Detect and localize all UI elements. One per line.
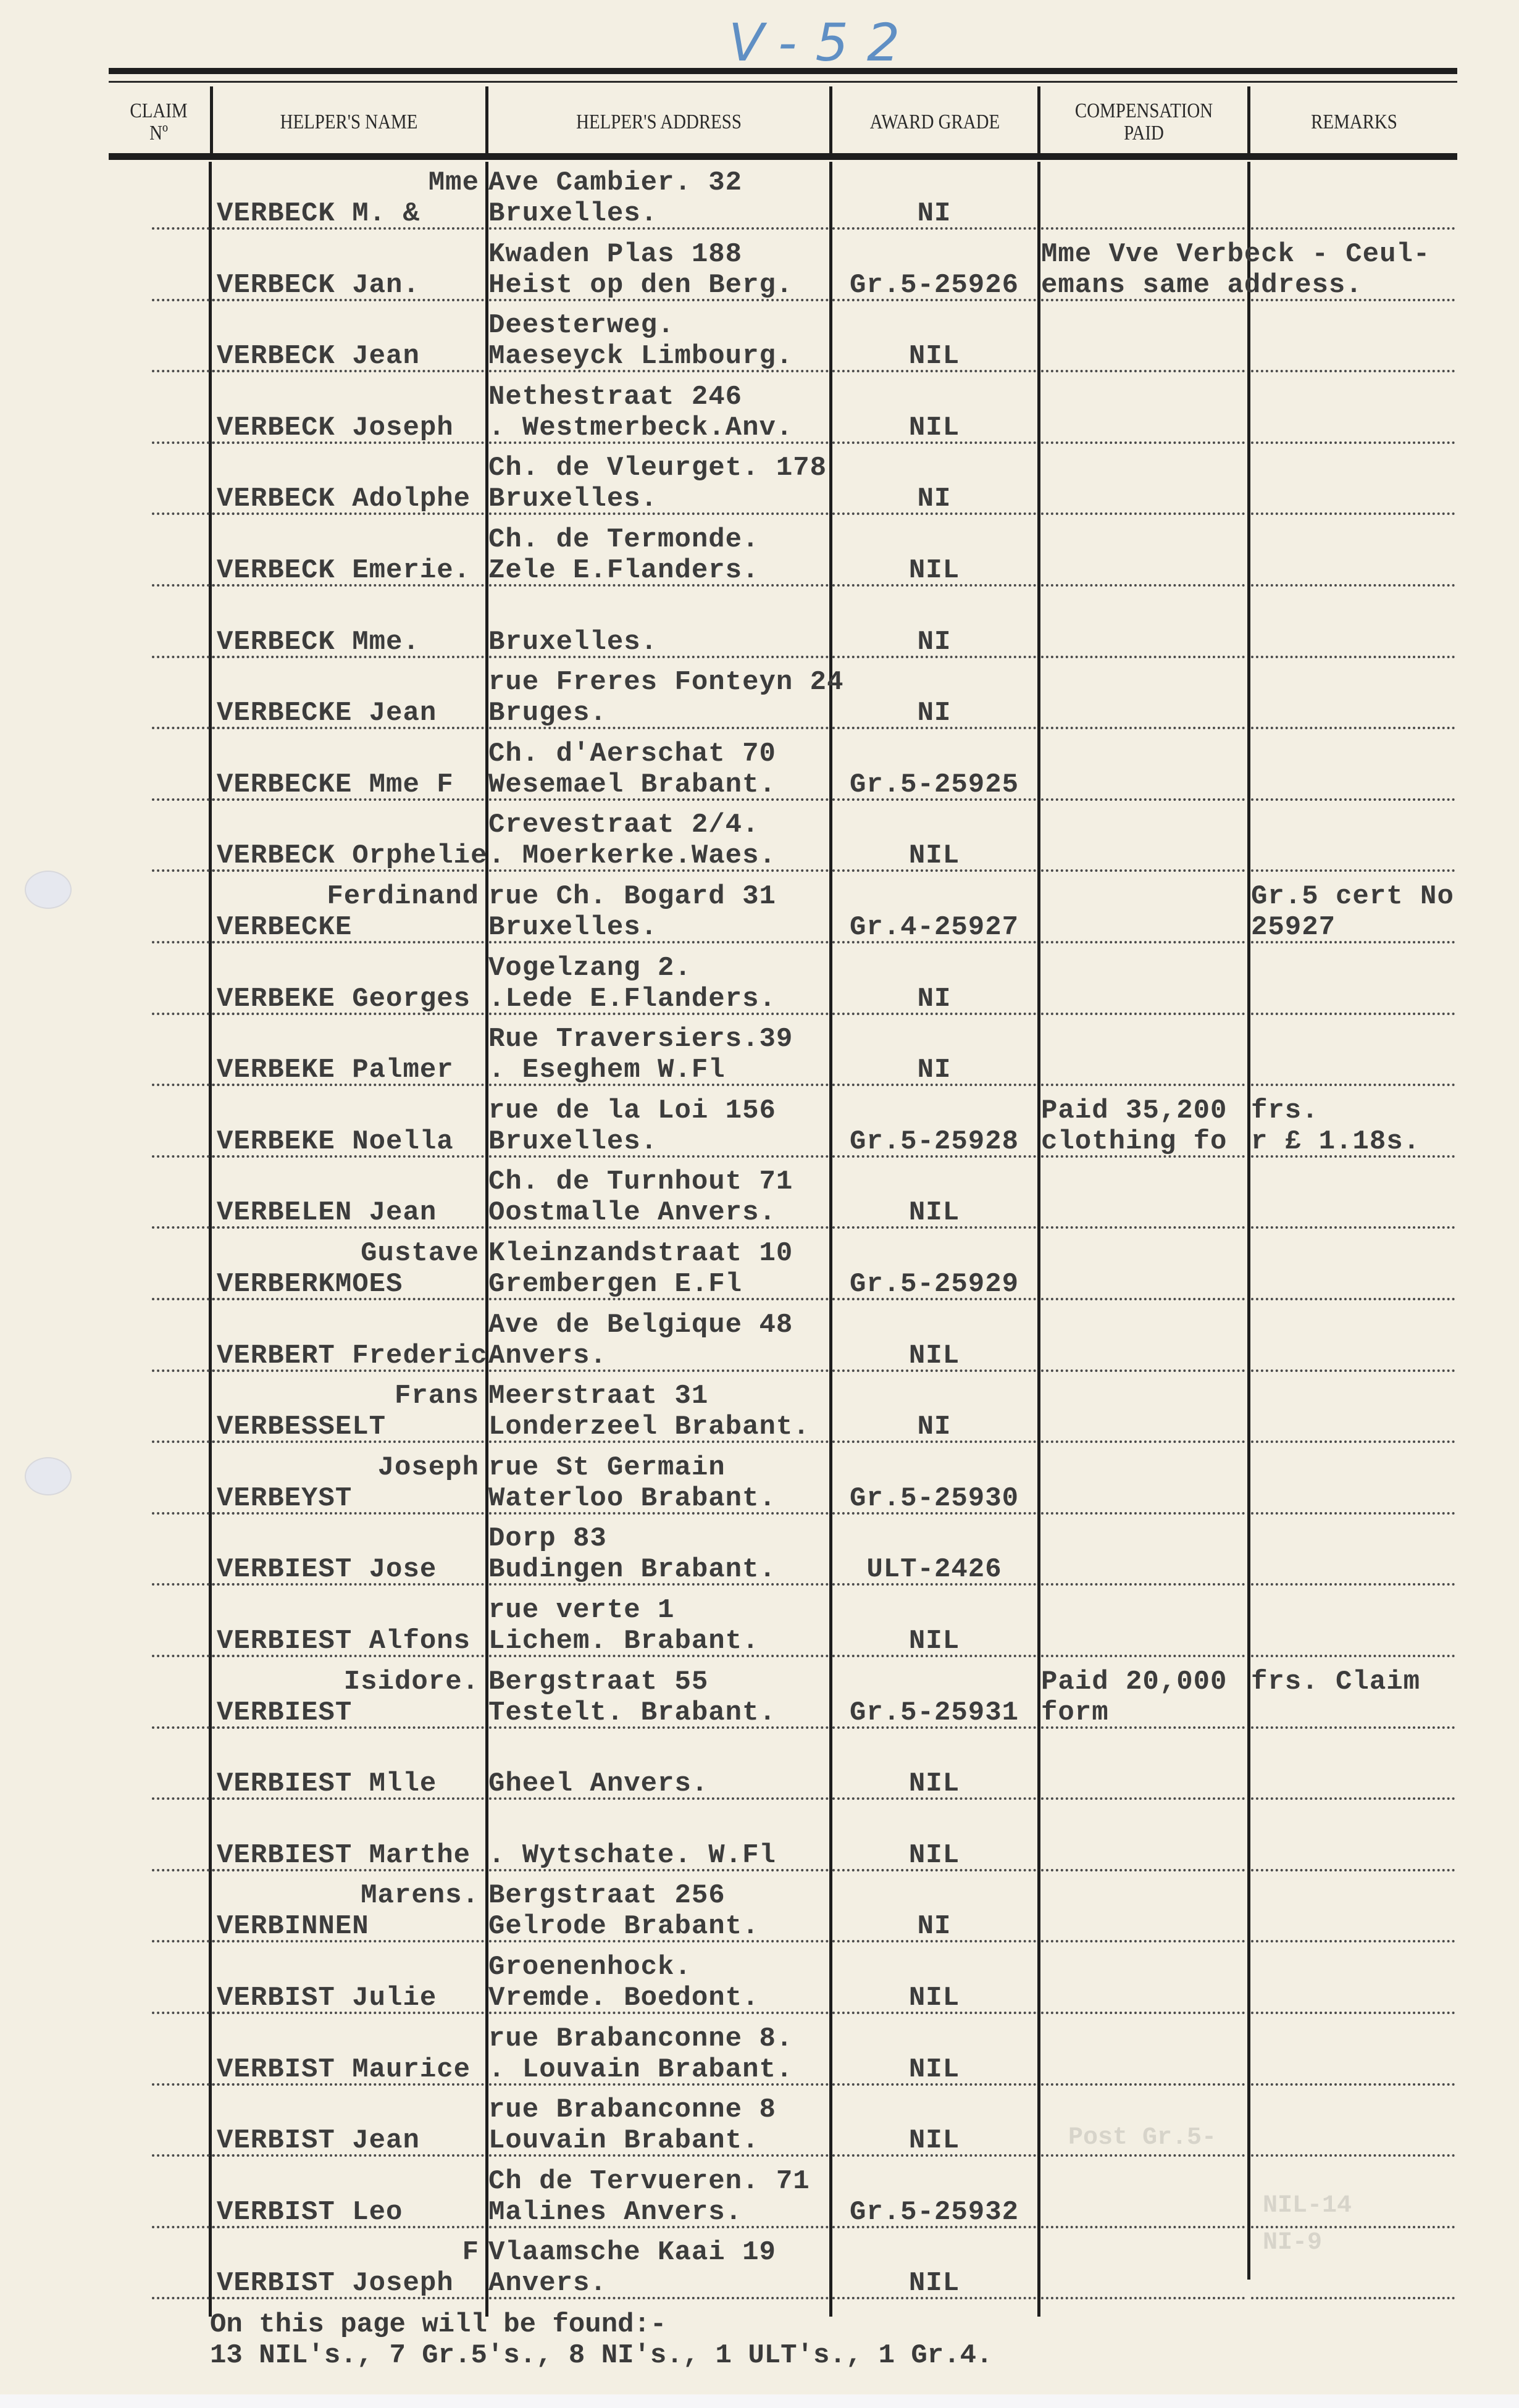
header-claim-no: CLAIM Nº xyxy=(116,86,201,157)
helper-name: VERBECK Emerie. xyxy=(217,556,471,585)
award-grade: NI xyxy=(832,1412,1036,1442)
table-row: FVERBIST JosephVlaamsche Kaai 19Anvers.N… xyxy=(109,2231,1457,2303)
helper-address-line1: Ch. de Turnhout 71 xyxy=(488,1167,793,1197)
compensation-line1: Mme Vve Verbeck - Ceul- xyxy=(1041,240,1430,269)
row-rule xyxy=(1251,1940,1455,1942)
helper-address-line1: Ch. de Vleurget. 178 xyxy=(488,453,827,483)
helper-address-line2: Vremde. Boedont. xyxy=(488,1983,759,2013)
helper-address-line1: rue Brabanconne 8. xyxy=(488,2024,793,2054)
row-rule xyxy=(1251,1013,1455,1015)
helper-address-line1: Deesterweg. xyxy=(488,311,674,340)
award-grade: Gr.5-25926 xyxy=(832,270,1036,300)
helper-name: VERBERT Frederic xyxy=(217,1341,487,1371)
award-grade: NI xyxy=(832,1055,1036,1085)
row-rule xyxy=(1251,227,1455,230)
award-grade: Gr.5-25932 xyxy=(832,2197,1036,2227)
award-grade: NIL xyxy=(832,341,1036,371)
punch-hole-icon xyxy=(25,1457,72,1495)
helper-name-line1: F xyxy=(214,2238,479,2267)
helper-address-line1: Ave de Belgique 48 xyxy=(488,1310,793,1340)
compensation-line1: Paid 35,200 xyxy=(1041,1096,1227,1126)
helper-name: VERBECK M. & xyxy=(217,199,420,228)
helper-name-line1: Joseph xyxy=(214,1453,479,1482)
table-row: Marens.VERBINNENBergstraat 256Gelrode Br… xyxy=(109,1875,1457,1946)
row-rule xyxy=(1041,1084,1245,1086)
table-row: MmeVERBECK M. &Ave Cambier. 32Bruxelles.… xyxy=(109,162,1457,233)
helper-address-line1: Rue Traversiers.39 xyxy=(488,1024,793,1054)
row-rule xyxy=(1041,2012,1245,2014)
award-grade: NIL xyxy=(832,413,1036,443)
table-row: GustaveVERBERKMOESKleinzandstraat 10Grem… xyxy=(109,1232,1457,1304)
header-award-grade: AWARD GRADE xyxy=(848,86,1022,157)
row-rule xyxy=(1041,1512,1245,1515)
compensation-line2: emans same address. xyxy=(1041,270,1363,300)
helper-address-line1: Vogelzang 2. xyxy=(488,953,692,983)
award-grade: Gr.5-25928 xyxy=(832,1127,1036,1156)
table-row: VERBIST LeoCh de Tervueren. 71Malines An… xyxy=(109,2160,1457,2232)
award-grade: Gr.4-25927 xyxy=(832,913,1036,942)
row-rule xyxy=(1251,2154,1455,2157)
row-rule xyxy=(1041,227,1245,230)
helper-address-line1: Meerstraat 31 xyxy=(488,1381,708,1411)
row-rule xyxy=(1251,1512,1455,1515)
helper-address-line2: Testelt. Brabant. xyxy=(488,1698,776,1728)
award-grade: NIL xyxy=(832,1841,1036,1870)
header-compensation-paid: COMPENSATION PAID xyxy=(1057,86,1231,157)
helper-address-line1: Crevestraat 2/4. xyxy=(488,810,759,840)
handwritten-page-id: V-52 xyxy=(729,12,918,73)
row-rule xyxy=(1251,1226,1455,1229)
remarks-line2: r £ 1.18s. xyxy=(1251,1127,1420,1156)
row-rule xyxy=(1251,1084,1455,1086)
row-rule xyxy=(1251,1797,1455,1800)
helper-address-line1: Ave Cambier. 32 xyxy=(488,168,742,198)
helper-address-line1: Groenenhock. xyxy=(488,1952,692,1982)
award-grade: NI xyxy=(832,484,1036,514)
helper-name: VERBECK Jean xyxy=(217,341,420,371)
award-grade: NIL xyxy=(832,841,1036,871)
helper-name: VERBIST Maurice xyxy=(217,2055,471,2084)
table-row: VERBEKE GeorgesVogelzang 2..Lede E.Fland… xyxy=(109,947,1457,1019)
row-rule xyxy=(1251,441,1455,444)
column-divider xyxy=(210,86,213,153)
helper-name-line1: Frans xyxy=(214,1381,479,1411)
table-row: VERBIEST Marthe. Wytschate. W.FlNIL xyxy=(109,1804,1457,1875)
row-rule xyxy=(1041,1440,1245,1443)
row-rule xyxy=(1251,512,1455,515)
helper-name: VERBECK Adolphe xyxy=(217,484,471,514)
helper-name: VERBIST Julie xyxy=(217,1983,437,2013)
helper-address-line2: Bruxelles. xyxy=(488,484,658,514)
helper-name-line1: Ferdinand xyxy=(214,882,479,911)
table-row: VERBIST Jeanrue Brabanconne 8Louvain Bra… xyxy=(109,2089,1457,2160)
award-grade: NIL xyxy=(832,2126,1036,2155)
table-row: VERBECK OrphelieCrevestraat 2/4.. Moerke… xyxy=(109,804,1457,876)
table-row: Isidore.VERBIESTBergstraat 55Testelt. Br… xyxy=(109,1661,1457,1733)
row-rule xyxy=(1251,1583,1455,1586)
helper-address-line2: Anvers. xyxy=(488,2268,607,2298)
award-grade: NI xyxy=(832,199,1036,228)
row-rule xyxy=(1251,1369,1455,1372)
helper-name: VERBESSELT xyxy=(217,1412,386,1442)
helper-address-line2: Grembergen E.Fl xyxy=(488,1269,742,1299)
row-rule xyxy=(1041,1797,1245,1800)
row-rule xyxy=(1251,370,1455,372)
column-divider xyxy=(1247,86,1250,153)
helper-address-line2: Londerzeel Brabant. xyxy=(488,1412,810,1442)
helper-address-line2: . Louvain Brabant. xyxy=(488,2055,793,2084)
table-row: VERBIEST Alfonsrue verte 1Lichem. Braban… xyxy=(109,1589,1457,1661)
helper-address-line2: Bruges. xyxy=(488,698,607,728)
row-rule xyxy=(1251,2083,1455,2086)
award-grade: Gr.5-25931 xyxy=(832,1698,1036,1728)
helper-name: VERBIEST Alfons xyxy=(217,1626,471,1656)
award-grade: NIL xyxy=(832,2055,1036,2084)
helper-name: VERBECK Mme. xyxy=(217,627,420,657)
page-summary-line1: On this page will be found:- xyxy=(210,2309,666,2340)
helper-name-line1: Mme xyxy=(214,168,479,198)
remarks-line1: Gr.5 cert No xyxy=(1251,882,1454,911)
table-row: VERBECK Jan.Kwaden Plas 188Heist op den … xyxy=(109,233,1457,305)
row-rule xyxy=(1041,370,1245,372)
top-rule xyxy=(109,68,1457,74)
award-grade: NIL xyxy=(832,2268,1036,2298)
award-grade: NIL xyxy=(832,1769,1036,1799)
compensation-line2: form xyxy=(1041,1698,1109,1728)
header-helper-name: HELPER'S NAME xyxy=(233,86,464,157)
award-grade: NIL xyxy=(832,1341,1036,1371)
helper-address-line2: Bruxelles. xyxy=(488,1127,658,1156)
table-row: VERBIST Mauricerue Brabanconne 8.. Louva… xyxy=(109,2018,1457,2089)
row-rule xyxy=(1251,727,1455,729)
row-rule xyxy=(1251,1869,1455,1871)
helper-name: VERBINNEN xyxy=(217,1912,369,1941)
row-rule xyxy=(1041,1940,1245,1942)
table-row: VERBIST JulieGroenenhock.Vremde. Boedont… xyxy=(109,1946,1457,2018)
row-rule xyxy=(1251,1726,1455,1729)
table-row: VERBECK Mme.Bruxelles.NI xyxy=(109,590,1457,662)
table-row: VERBIEST MlleGheel Anvers.NIL xyxy=(109,1732,1457,1804)
helper-name: VERBIEST Mlle xyxy=(217,1769,437,1799)
scan-margin xyxy=(0,2394,1519,2408)
helper-name: VERBIEST Marthe xyxy=(217,1841,471,1870)
row-rule xyxy=(1251,2012,1455,2014)
helper-address-line2: Lichem. Brabant. xyxy=(488,1626,759,1656)
row-rule xyxy=(1041,941,1245,943)
row-rule xyxy=(1041,512,1245,515)
helper-name: VERBECKE Jean xyxy=(217,698,437,728)
row-rule xyxy=(1251,656,1455,658)
helper-name: VERBIST Jean xyxy=(217,2126,420,2155)
helper-address-line2: . Moerkerke.Waes. xyxy=(488,841,776,871)
award-grade: NI xyxy=(832,984,1036,1014)
row-rule xyxy=(1041,2083,1245,2086)
award-grade: Gr.5-25930 xyxy=(832,1484,1036,1513)
helper-address-line1: Kwaden Plas 188 xyxy=(488,240,742,269)
bleed-through-text: NIL-14 xyxy=(1263,2192,1352,2220)
table-row: VERBECK JeanDeesterweg.Maeseyck Limbourg… xyxy=(109,304,1457,376)
header-remarks: REMARKS xyxy=(1266,86,1442,157)
award-grade: NI xyxy=(832,627,1036,657)
helper-address-line2: Gheel Anvers. xyxy=(488,1769,708,1799)
helper-address-line1: Kleinzandstraat 10 xyxy=(488,1239,793,1268)
helper-address-line2: Bruxelles. xyxy=(488,199,658,228)
helper-address-line1: Dorp 83 xyxy=(488,1524,607,1553)
helper-address-line1: Ch. d'Aerschat 70 xyxy=(488,739,776,769)
table-row: VERBELEN JeanCh. de Turnhout 71Oostmalle… xyxy=(109,1161,1457,1232)
helper-address-line1: rue de la Loi 156 xyxy=(488,1096,776,1126)
table-row: FransVERBESSELTMeerstraat 31Londerzeel B… xyxy=(109,1375,1457,1447)
remarks-line2: 25927 xyxy=(1251,913,1336,942)
helper-address-line2: Oostmalle Anvers. xyxy=(488,1198,776,1227)
column-divider xyxy=(1037,86,1040,153)
row-rule xyxy=(1041,2297,1245,2299)
punch-hole-icon xyxy=(25,871,72,909)
helper-address-line1: Ch de Tervueren. 71 xyxy=(488,2167,810,2196)
helper-address-line2: Budingen Brabant. xyxy=(488,1555,776,1584)
row-rule xyxy=(1041,727,1245,729)
helper-address-line1: Ch. de Termonde. xyxy=(488,525,759,554)
row-rule xyxy=(1251,2226,1455,2228)
award-grade: Gr.5-25929 xyxy=(832,1269,1036,1299)
award-grade: NIL xyxy=(832,1626,1036,1656)
table-row: VERBECKE Jeanrue Freres Fonteyn 24Bruges… xyxy=(109,661,1457,733)
helper-name: VERBIST Joseph xyxy=(217,2268,454,2298)
row-rule xyxy=(1251,2297,1455,2299)
helper-address-line2: .Lede E.Flanders. xyxy=(488,984,776,1014)
row-rule xyxy=(1041,1869,1245,1871)
helper-name: VERBEKE Noella xyxy=(217,1127,454,1156)
helper-address-line2: Zele E.Flanders. xyxy=(488,556,759,585)
helper-name: VERBERKMOES xyxy=(217,1269,403,1299)
award-grade: NIL xyxy=(832,556,1036,585)
award-grade: NI xyxy=(832,1912,1036,1941)
helper-address-line2: Anvers. xyxy=(488,1341,607,1371)
header-helper-address: HELPER'S ADDRESS xyxy=(514,86,803,157)
row-rule xyxy=(1041,2154,1245,2157)
helper-address-line2: Bruxelles. xyxy=(488,913,658,942)
compensation-line2: clothing fo xyxy=(1041,1127,1227,1156)
helper-address-line2: Bruxelles. xyxy=(488,627,658,657)
helper-name: VERBEYST xyxy=(217,1484,352,1513)
helper-address-line2: Waterloo Brabant. xyxy=(488,1484,776,1513)
helper-name: VERBECK Joseph xyxy=(217,413,454,443)
award-grade: Gr.5-25925 xyxy=(832,770,1036,800)
table-row: VERBIEST JoseDorp 83Budingen Brabant.ULT… xyxy=(109,1518,1457,1589)
remarks-line1: frs. xyxy=(1251,1096,1319,1126)
table-row: JosephVERBEYSTrue St GermainWaterloo Bra… xyxy=(109,1447,1457,1518)
column-divider xyxy=(485,86,488,153)
helper-name: VERBECK Orphelie xyxy=(217,841,487,871)
helper-address-line1: rue Ch. Bogard 31 xyxy=(488,882,776,911)
row-rule xyxy=(1041,1226,1245,1229)
helper-address-line1: Vlaamsche Kaai 19 xyxy=(488,2238,776,2267)
helper-name: VERBELEN Jean xyxy=(217,1198,437,1227)
helper-address-line2: Gelrode Brabant. xyxy=(488,1912,759,1941)
helper-address-line2: Wesemael Brabant. xyxy=(488,770,776,800)
row-rule xyxy=(1251,584,1455,587)
helper-address-line1: rue Freres Fonteyn 24 xyxy=(488,667,844,697)
page-summary-line2: 13 NIL's., 7 Gr.5's., 8 NI's., 1 ULT's.,… xyxy=(210,2340,992,2371)
row-rule xyxy=(1041,656,1245,658)
award-grade: NIL xyxy=(832,1198,1036,1227)
row-rule xyxy=(1041,869,1245,872)
table-row: VERBECKE Mme FCh. d'Aerschat 70Wesemael … xyxy=(109,733,1457,805)
remarks-line1: frs. Claim xyxy=(1251,1667,1420,1697)
award-grade: ULT-2426 xyxy=(832,1555,1036,1584)
row-rule xyxy=(1251,1655,1455,1657)
row-rule xyxy=(1251,798,1455,801)
bleed-through-text: Post Gr.5- xyxy=(1068,2124,1216,2152)
row-rule xyxy=(1251,1440,1455,1443)
table-row: VERBEKE PalmerRue Traversiers.39. Eseghe… xyxy=(109,1018,1457,1090)
helper-address-line1: Bergstraat 256 xyxy=(488,1881,726,1910)
row-rule xyxy=(1041,584,1245,587)
helper-name: VERBECKE xyxy=(217,913,352,942)
row-rule xyxy=(1251,869,1455,872)
helper-name-line1: Gustave xyxy=(214,1239,479,1268)
helper-address-line2: . Wytschate. W.Fl xyxy=(488,1841,776,1870)
helper-address-line2: Heist op den Berg. xyxy=(488,270,793,300)
bleed-through-text: NI-9 xyxy=(1263,2229,1322,2257)
row-rule xyxy=(1251,1298,1455,1300)
row-rule xyxy=(1041,1655,1245,1657)
column-divider xyxy=(829,86,832,153)
row-rule xyxy=(1041,1298,1245,1300)
helper-address-line1: rue Brabanconne 8 xyxy=(488,2095,776,2125)
helper-address-line1: rue St Germain xyxy=(488,1453,726,1482)
row-rule xyxy=(1041,1583,1245,1586)
top-thin-rule xyxy=(109,81,1457,83)
helper-address-line2: Louvain Brabant. xyxy=(488,2126,759,2155)
table-row: VERBECK AdolpheCh. de Vleurget. 178Bruxe… xyxy=(109,447,1457,519)
table-row: FerdinandVERBECKErue Ch. Bogard 31Bruxel… xyxy=(109,876,1457,947)
helper-name-line1: Isidore. xyxy=(214,1667,479,1697)
helper-address-line1: Nethestraat 246 xyxy=(488,382,742,412)
helper-address-line1: rue verte 1 xyxy=(488,1595,674,1625)
table-row: VERBERT FredericAve de Belgique 48Anvers… xyxy=(109,1304,1457,1376)
helper-name: VERBECK Jan. xyxy=(217,270,420,300)
helper-address-line2: Maeseyck Limbourg. xyxy=(488,341,793,371)
helper-address-line2: Malines Anvers. xyxy=(488,2197,742,2227)
award-grade: NIL xyxy=(832,1983,1036,2013)
compensation-line1: Paid 20,000 xyxy=(1041,1667,1227,1697)
helper-name: VERBEKE Palmer xyxy=(217,1055,454,1085)
helper-name: VERBECKE Mme F xyxy=(217,770,454,800)
helper-name: VERBIEST Jose xyxy=(217,1555,437,1584)
row-rule xyxy=(1041,798,1245,801)
table-row: VERBEKE Noellarue de la Loi 156Bruxelles… xyxy=(109,1090,1457,1161)
row-rule xyxy=(1041,2226,1245,2228)
helper-name: VERBEKE Georges xyxy=(217,984,471,1014)
helper-address-line2: . Eseghem W.Fl xyxy=(488,1055,726,1085)
award-grade: NI xyxy=(832,698,1036,728)
row-rule xyxy=(1041,441,1245,444)
helper-name: VERBIST Leo xyxy=(217,2197,403,2227)
row-rule xyxy=(1041,1013,1245,1015)
helper-name-line1: Marens. xyxy=(214,1881,479,1910)
helper-address-line1: Bergstraat 55 xyxy=(488,1667,708,1697)
helper-name: VERBIEST xyxy=(217,1698,352,1728)
helper-address-line2: . Westmerbeck.Anv. xyxy=(488,413,793,443)
row-rule xyxy=(1041,1369,1245,1372)
table-row: VERBECK JosephNethestraat 246. Westmerbe… xyxy=(109,376,1457,448)
table-row: VERBECK Emerie.Ch. de Termonde.Zele E.Fl… xyxy=(109,519,1457,590)
